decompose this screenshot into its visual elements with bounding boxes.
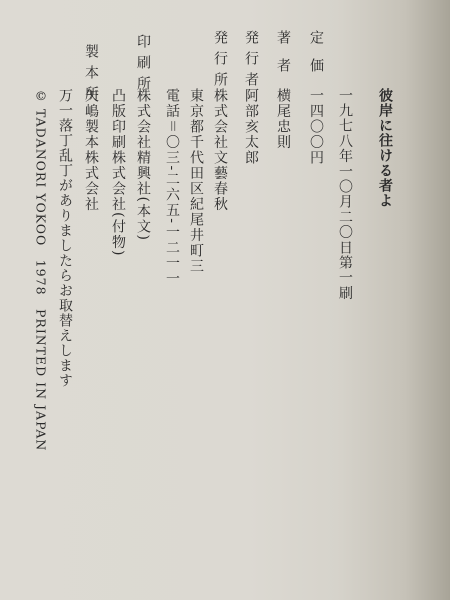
publisher-person-name: 阿部亥太郎 xyxy=(244,88,258,166)
printer-extras: 凸版印刷株式会社(付物) xyxy=(111,88,125,257)
price-label: 定価 xyxy=(309,30,323,86)
publisher-phone: 電話＝〇三-二六五-一二一一 xyxy=(165,88,179,286)
copyright-line: © TADANORI YOKOO 1978 PRINTED IN JAPAN xyxy=(34,88,47,451)
book-title: 彼岸に往ける者よ xyxy=(378,88,392,208)
publisher-company: 株式会社文藝春秋 xyxy=(213,88,227,212)
replacement-notice: 万一落丁乱丁がありましたらお取替えします xyxy=(58,88,72,388)
colophon-page: 彼岸に往ける者よ 一九七八年一〇月二〇日第一刷 定価 一四〇〇円 著者 横尾忠則… xyxy=(0,0,450,600)
printer-body: 株式会社精興社(本文) xyxy=(136,88,150,241)
publisher-person-label: 発行者 xyxy=(244,30,258,93)
author-label: 著者 xyxy=(276,30,290,86)
price-value: 一四〇〇円 xyxy=(309,88,323,166)
publication-date: 一九七八年一〇月二〇日第一刷 xyxy=(338,88,352,301)
author-name: 横尾忠則 xyxy=(276,88,290,150)
publisher-address: 東京都千代田区紀尾井町三 xyxy=(189,88,203,274)
publisher-label: 発行所 xyxy=(213,30,227,93)
binder-name: 矢嶋製本株式会社 xyxy=(84,88,98,212)
